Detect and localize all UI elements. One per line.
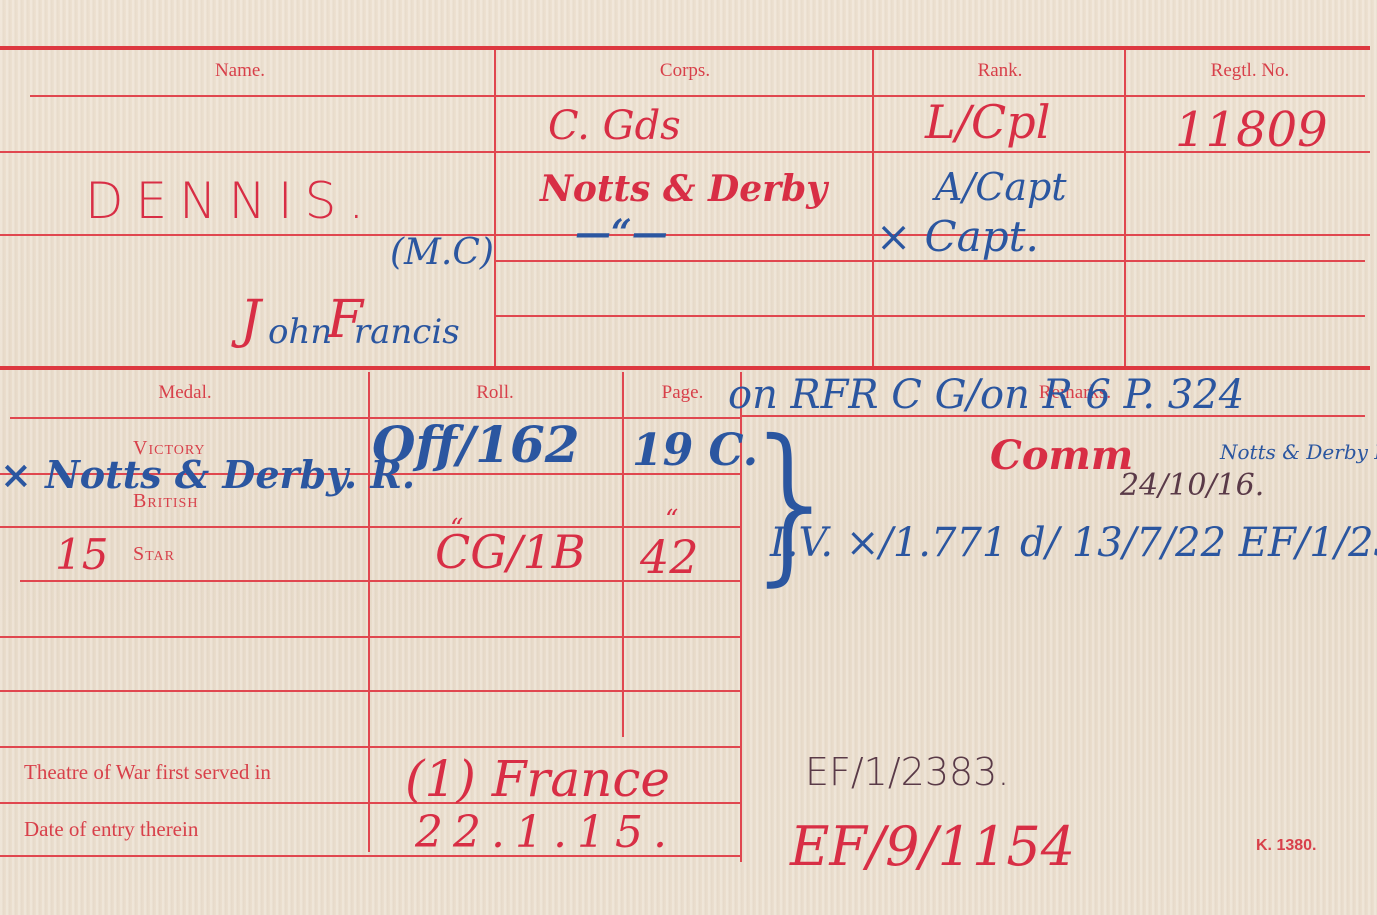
- corps-1: C. Gds: [548, 103, 681, 149]
- medal-index-card: Name. Corps. Rank. Regtl. No. DENNIS. (M…: [0, 0, 1377, 915]
- victory-british-unit: × Notts & Derby. R.: [0, 452, 415, 497]
- star-prefix: 15: [55, 530, 108, 579]
- rule: [0, 746, 740, 748]
- form-number: K. 1380.: [1256, 837, 1316, 855]
- star-page: 42: [640, 530, 699, 584]
- forenames: ohn rancis: [268, 312, 460, 352]
- theatre-value: (1) France: [405, 750, 670, 808]
- rule-top: [0, 46, 1370, 50]
- remarks-iv-note: I.V. ×/1.771 d/ 13/7/22 EF/1/2383.: [770, 520, 1377, 566]
- rule: [0, 526, 740, 528]
- rule-vertical: [872, 50, 874, 366]
- corps-3-ditto: —“—: [575, 212, 668, 254]
- rule: [0, 234, 1370, 236]
- header-rank: Rank.: [900, 60, 1100, 82]
- remarks-commission-unit: Notts & Derby R.: [1220, 440, 1377, 464]
- reference-2: EF/9/1154: [790, 815, 1075, 878]
- header-roll: Roll.: [420, 382, 570, 404]
- rule-vertical: [494, 50, 496, 366]
- decoration: (M.C): [390, 232, 494, 273]
- rule-header: [30, 95, 1365, 97]
- surname: DENNIS.: [85, 172, 376, 230]
- rule-mid: [0, 366, 1370, 370]
- rule: [0, 636, 740, 638]
- remarks-line-1: on RFR C G/on R 6 P. 324: [728, 372, 1244, 418]
- date-of-entry-value: 22.1.15.: [415, 807, 677, 858]
- header-name: Name.: [140, 60, 340, 82]
- reference-1: EF/1/2383.: [805, 750, 1009, 794]
- rule: [20, 580, 740, 582]
- label-date-of-entry: Date of entry therein: [24, 817, 198, 842]
- header-regtl-no: Regtl. No.: [1150, 60, 1350, 82]
- rule: [0, 151, 1370, 153]
- rule-vertical: [368, 372, 370, 852]
- rule: [0, 690, 740, 692]
- rank-1: L/Cpl: [925, 95, 1050, 149]
- header-corps: Corps.: [585, 60, 785, 82]
- victory-british-roll: Off/162: [372, 415, 580, 474]
- remarks-commission: Comm: [990, 432, 1133, 479]
- rule-vertical: [622, 372, 624, 737]
- rule: [495, 315, 1365, 317]
- regtl-no: 11809: [1175, 102, 1328, 158]
- label-theatre: Theatre of War first served in: [24, 760, 271, 785]
- remarks-commission-date: 24/10/16.: [1120, 468, 1264, 503]
- rank-2: A/Capt: [935, 165, 1067, 209]
- rank-3: × Capt.: [876, 212, 1039, 261]
- header-medal: Medal.: [85, 382, 285, 404]
- label-star: Star: [133, 543, 175, 566]
- corps-2: Notts & Derby: [540, 168, 827, 210]
- header-page: Page.: [630, 382, 735, 404]
- star-roll: CG/1B: [435, 525, 586, 579]
- rule-vertical: [1124, 50, 1126, 366]
